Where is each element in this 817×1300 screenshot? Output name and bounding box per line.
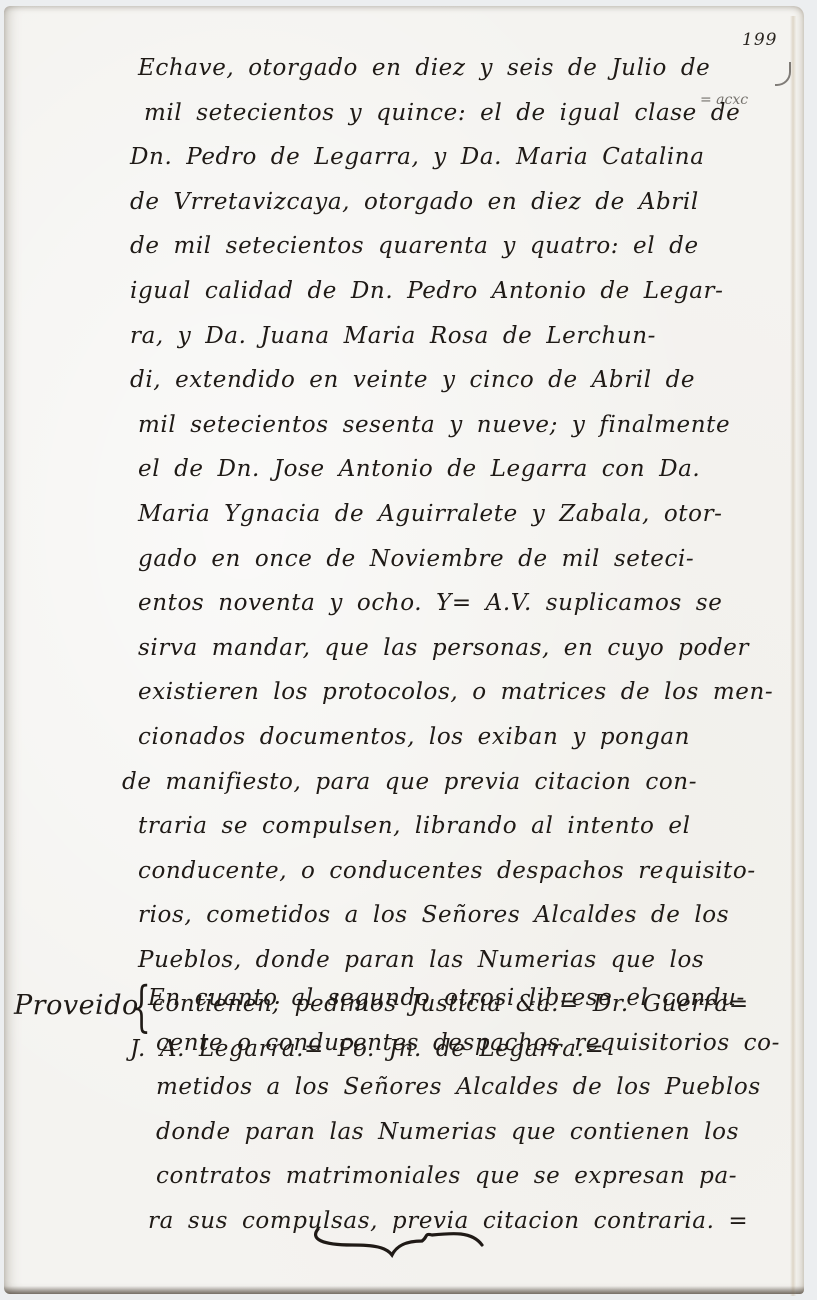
body-line: igual calidad de Dn. Pedro Antonio de Le… [130, 269, 730, 314]
provision-line: En cuanto al segundo otrosi librese el c… [148, 976, 708, 1021]
provision-line: cente o conducentes despachos requisitor… [148, 1021, 708, 1066]
body-line: mil setecientos sesenta y nueve; y final… [130, 403, 730, 448]
body-line: gado en once de Noviembre de mil seteci- [130, 537, 730, 582]
body-line: de manifiesto, para que previa citacion … [122, 760, 730, 805]
body-line: el de Dn. Jose Antonio de Legarra con Da… [130, 447, 730, 492]
body-line: di, extendido en veinte y cinco de Abril… [130, 358, 730, 403]
body-line: ra, y Da. Juana Maria Rosa de Lerchun- [130, 314, 730, 359]
manuscript-body: Echave, otorgado en diez y seis de Julio… [130, 46, 730, 1072]
provision-label: Proveido [14, 990, 139, 1021]
provision-line: metidos a los Señores Alcaldes de los Pu… [148, 1065, 708, 1110]
provision-body: En cuanto al segundo otrosi librese el c… [148, 976, 708, 1244]
body-line: existieren los protocolos, o matrices de… [130, 670, 730, 715]
body-line: de Vrretavizcaya, otorgado en diez de Ab… [130, 180, 730, 225]
body-line: entos noventa y ocho. Y= A.V. suplicamos… [130, 581, 730, 626]
page-edge-bottom [4, 1286, 804, 1294]
provision-line: donde paran las Numerias que contienen l… [148, 1110, 708, 1155]
body-line: mil setecientos y quince: el de igual cl… [130, 91, 730, 136]
body-line: traria se compulsen, librando al intento… [130, 804, 730, 849]
body-line: Echave, otorgado en diez y seis de Julio… [130, 46, 730, 91]
body-line: Dn. Pedro de Legarra, y Da. Maria Catali… [130, 135, 730, 180]
page-edge-right [790, 16, 796, 1296]
body-line: de mil setecientos quarenta y quatro: el… [130, 224, 730, 269]
provision-line: contratos matrimoniales que se expresan … [148, 1154, 708, 1199]
body-line: conducente, o conducentes despachos requ… [130, 849, 730, 894]
closing-flourish-icon [312, 1225, 487, 1265]
body-line: sirva mandar, que las personas, en cuyo … [130, 626, 730, 671]
folio-number: 199 [742, 30, 777, 50]
body-line: Maria Ygnacia de Aguirralete y Zabala, o… [130, 492, 730, 537]
body-line: cionados documentos, los exiban y pongan [130, 715, 730, 760]
body-line: rios, cometidos a los Señores Alcaldes d… [130, 893, 730, 938]
